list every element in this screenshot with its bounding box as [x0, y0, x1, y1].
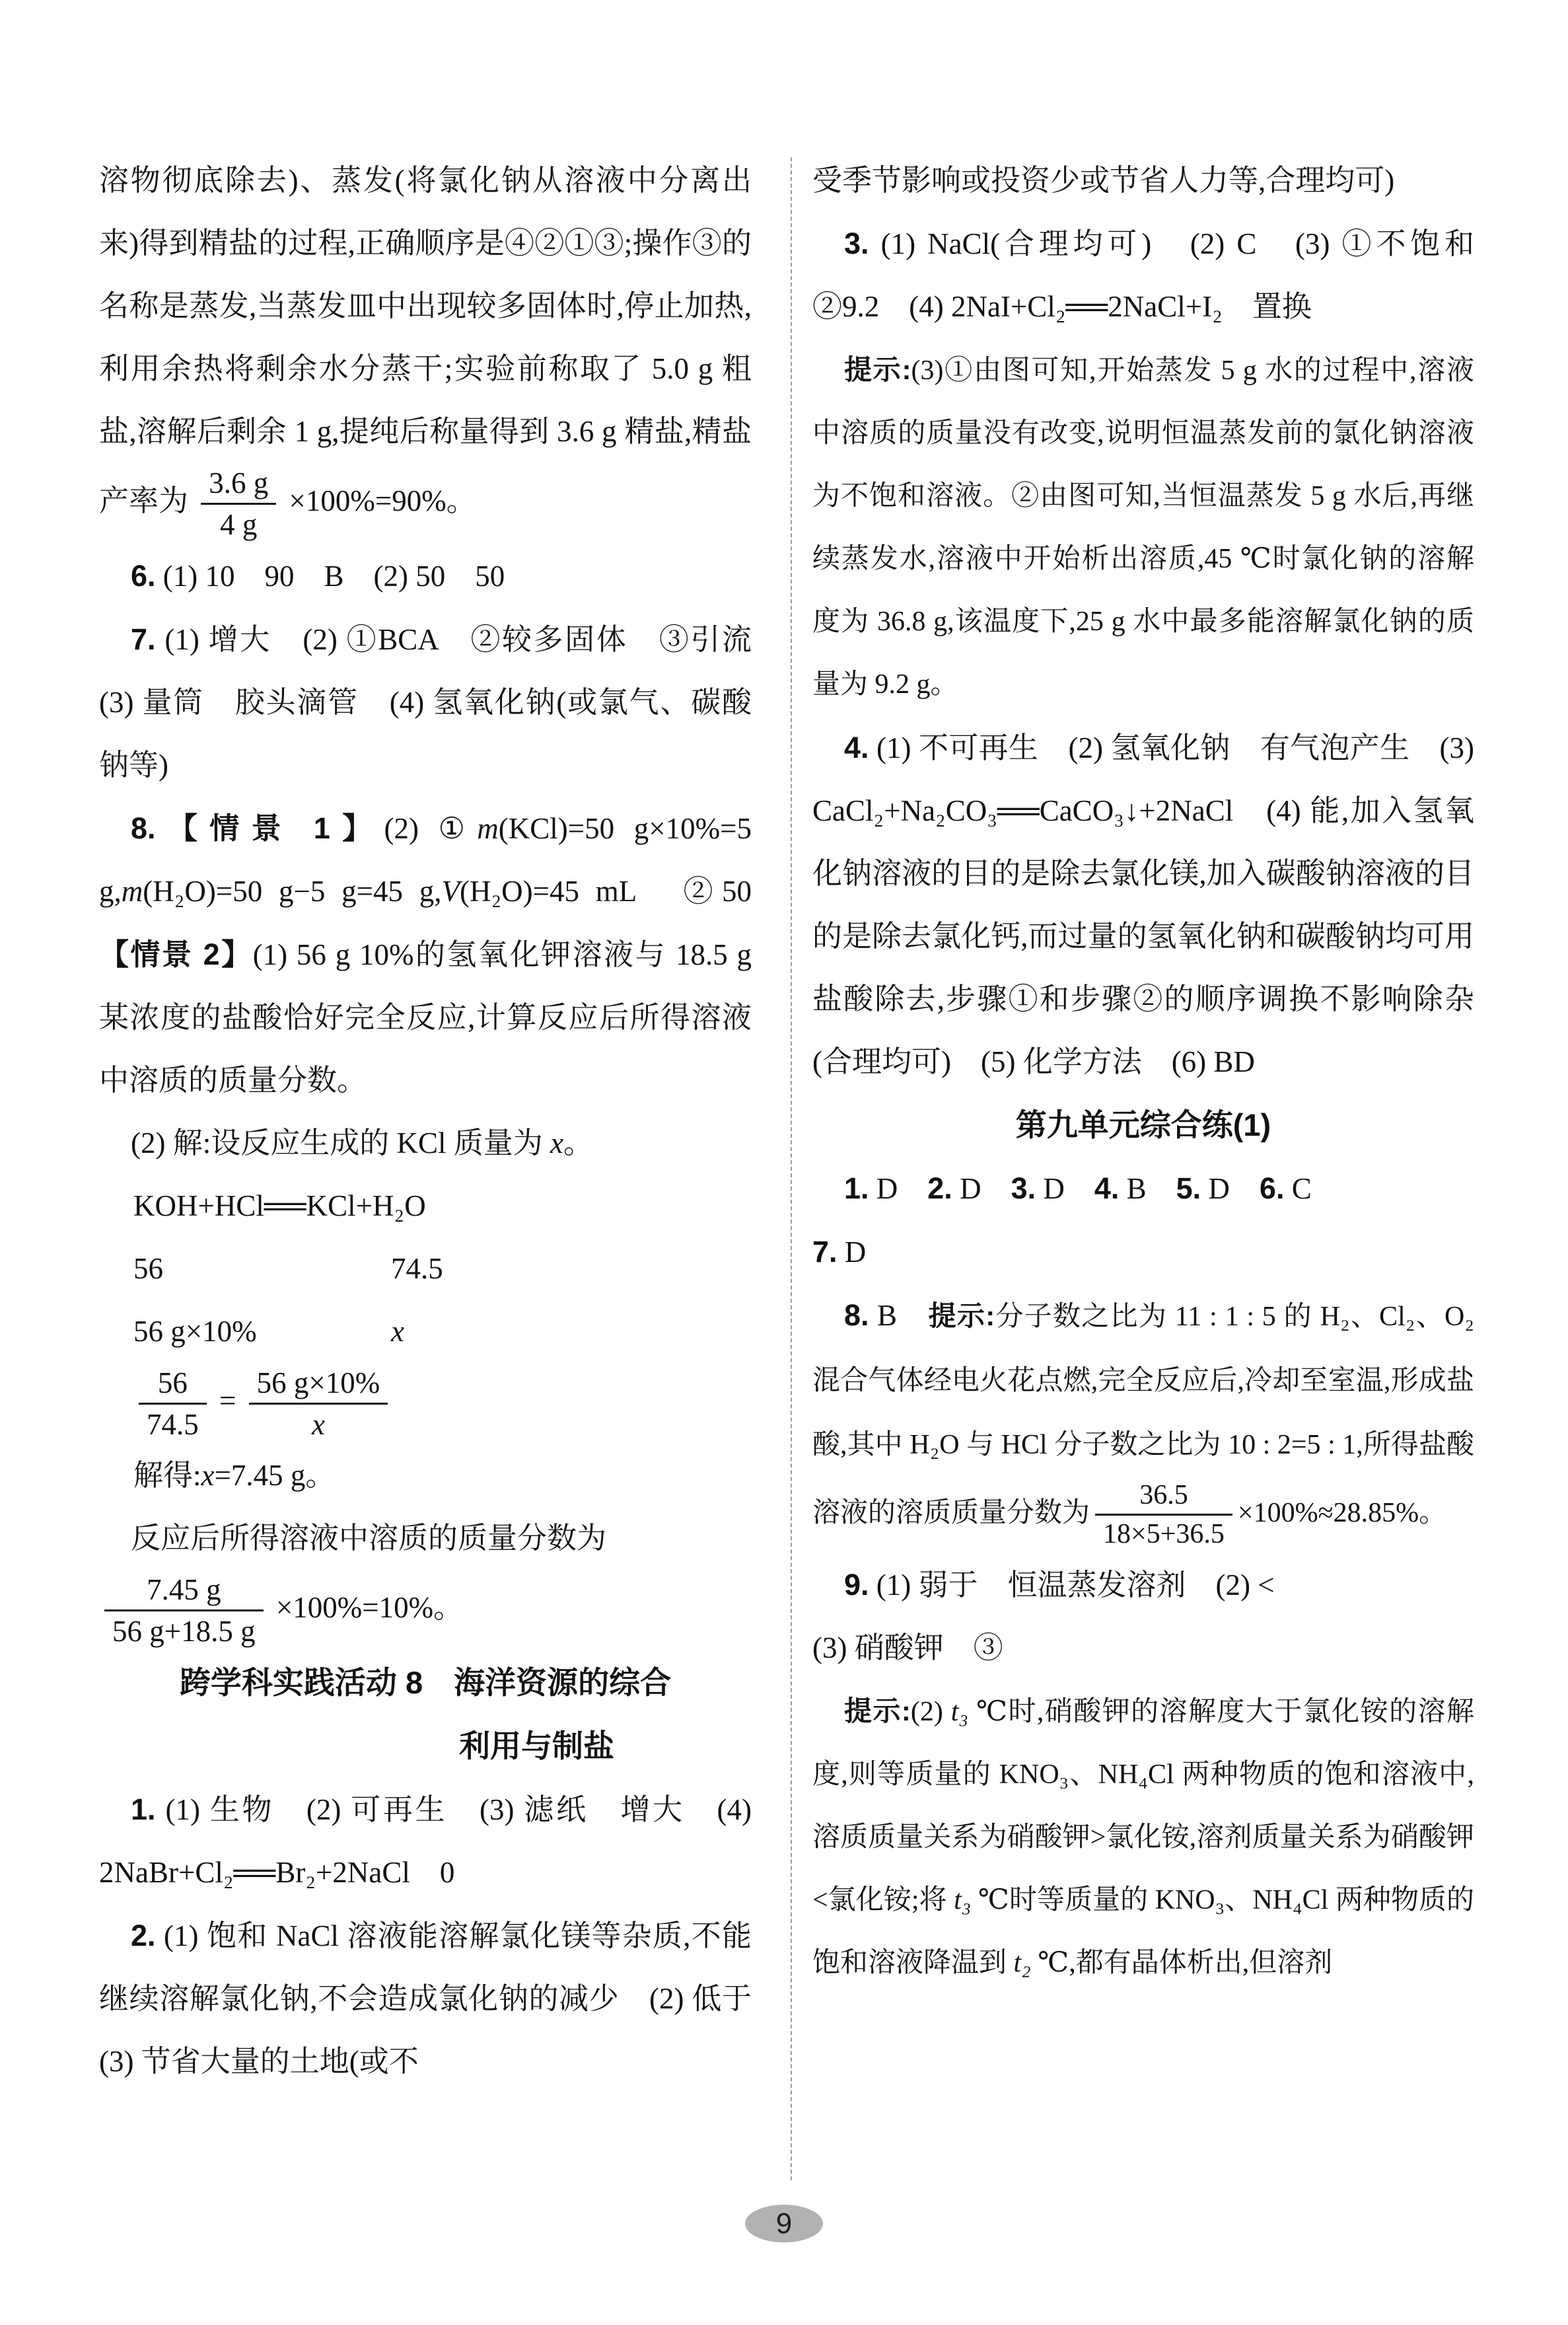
mc-answer: D: [1201, 1172, 1260, 1205]
answer-text: (1) 不可再生 (2) 氢氧化钠 有气泡产生 (3) CaCl₂+Na₂CO₃…: [812, 731, 1474, 1078]
answer-item-9-continued: (3) 硝酸钾 ③: [812, 1617, 1474, 1679]
answer-item-6: 6. (1) 10 90 B (2) 50 50: [99, 544, 752, 608]
answer-text: ×100%=10%。: [276, 1591, 463, 1624]
scene-2-label: 【情景 2】: [99, 938, 253, 971]
answer-item-9: 9. (1) 弱于 恒温蒸发溶剂 (2) <: [812, 1553, 1474, 1617]
page-number: 9: [776, 2207, 792, 2240]
mc-answer: D: [952, 1172, 1011, 1205]
fraction-numerator: 56: [139, 1363, 207, 1403]
chemical-equation-block: KOH+HCl══KCl+H₂O 5674.5 56 g×10%x 5674.5…: [99, 1175, 752, 1507]
math-variable-v: V: [441, 875, 460, 908]
column-divider: [791, 157, 792, 2180]
proportion-equation: 5674.5 = 56 g×10%x: [133, 1363, 752, 1444]
multiple-choice-row: 1. D 2. D 3. D 4. B 5. D 6. C: [812, 1157, 1474, 1220]
hint-label: 提示:: [929, 1300, 995, 1331]
answer-text: (2) 解:设反应生成的 KCl 质量为: [131, 1126, 550, 1160]
item-number: 1.: [844, 1171, 869, 1205]
solution-setup: (2) 解:设反应生成的 KCl 质量为 x。: [99, 1112, 752, 1175]
fraction-yield: 3.6 g4 g: [201, 463, 276, 544]
mc-answer: D: [1036, 1172, 1094, 1205]
math-variable-t2: t₂: [1014, 1948, 1031, 1978]
item-number: 5.: [1176, 1171, 1201, 1205]
fraction-result: 7.45 g56 g+18.5 g: [104, 1570, 264, 1651]
result-expression: 7.45 g56 g+18.5 g ×100%=10%。: [99, 1570, 752, 1651]
answer-text: (1) 10 90 B (2) 50 50: [156, 560, 505, 593]
hint-text: ℃,都有晶体析出,但溶剂: [1031, 1948, 1332, 1978]
item-number: 3.: [844, 227, 869, 260]
answer-key-page: 溶物彻底除去)、蒸发(将氯化钠从溶液中分离出来)得到精盐的过程,正确顺序是④②①…: [0, 0, 1568, 2325]
molar-mass-row: 5674.5: [133, 1237, 752, 1300]
answer-text: (1) 饱和 NaCl 溶液能溶解氯化镁等杂质,不能继续溶解氯化钠,不会造成氯化…: [99, 1919, 781, 2078]
mass-row: 56 g×10%x: [133, 1300, 752, 1363]
answer-text: 解得:: [133, 1459, 201, 1492]
molar-mass-koh: 56: [133, 1237, 391, 1300]
hint-label: 提示:: [844, 1695, 911, 1726]
item-number: 3.: [1011, 1171, 1036, 1205]
section-heading-unit9: 第九单元综合练(1): [812, 1093, 1474, 1157]
answer-item-4: 4. (1) 不可再生 (2) 氢氧化钠 有气泡产生 (3) CaCl₂+Na₂…: [812, 716, 1474, 1093]
fraction-denominator: 4 g: [201, 503, 276, 544]
solution-result: 解得:x=7.45 g。: [133, 1444, 752, 1507]
fraction-denominator: x: [249, 1403, 388, 1444]
item-number: 8.: [844, 1298, 869, 1332]
item-number: 4.: [844, 731, 869, 764]
item-number: 2.: [131, 1919, 156, 1952]
hint-label: 提示:: [844, 354, 911, 385]
item-number: 2.: [927, 1171, 952, 1205]
answer-item-8: 8. B 提示:分子数之比为 11 : 1 : 5 的 H₂、Cl₂、O₂ 混合…: [812, 1284, 1474, 1553]
section-heading-cross-activity-line1: 跨学科实践活动 8 海洋资源的综合: [99, 1651, 752, 1715]
answer-item-1: 1. (1) 生物 (2) 可再生 (3) 滤纸 增大 (4) 2NaBr+Cl…: [99, 1778, 752, 1904]
mc-answer: D: [869, 1172, 928, 1205]
mc-answer: D: [837, 1236, 867, 1269]
chemical-equation: KOH+HCl══KCl+H₂O: [133, 1175, 752, 1237]
scene-1-label: 【情景 1】: [156, 811, 384, 845]
hint-text: (2): [911, 1697, 951, 1727]
fraction-hcl: 36.518×5+36.5: [1095, 1477, 1232, 1553]
answer-text: =7.45 g。: [215, 1459, 336, 1492]
answer-item-8: 8.【情景 1】(2) ①m(KCl)=50 g×10%=5 g,m(H₂O)=…: [99, 797, 752, 1112]
page-number-badge: 9: [745, 2205, 823, 2242]
fraction-denominator: 74.5: [139, 1403, 207, 1444]
fraction-denominator: 56 g+18.5 g: [104, 1609, 264, 1651]
math-variable-m: m: [122, 875, 143, 908]
answer-item-2: 2. (1) 饱和 NaCl 溶液能溶解氯化镁等杂质,不能继续溶解氯化钠,不会造…: [99, 1904, 752, 2093]
math-variable-x: x: [391, 1315, 404, 1348]
hint-text: ℃时,硝酸钾的溶解度大于氯化铵的溶解度,则等质量的 KNO₃、NH₄Cl 两种物…: [812, 1697, 1474, 1915]
fraction-numerator: 7.45 g: [104, 1570, 264, 1609]
mc-answer: B: [1119, 1172, 1176, 1205]
mass-koh: 56 g×10%: [133, 1300, 391, 1363]
answer-text: (H₂O)=50 g−5 g=45 g,: [143, 875, 441, 908]
item-number: 7.: [131, 622, 156, 656]
hint-text: (3)①由图可知,开始蒸发 5 g 水的过程中,溶液中溶质的质量没有改变,说明恒…: [812, 355, 1474, 700]
answer-item-3: 3. (1) NaCl(合理均可) (2) C (3) ①不饱和 ②9.2 (4…: [812, 212, 1474, 338]
answer-text: (H₂O)=45 mL ②50: [460, 875, 781, 908]
fraction-numerator: 56 g×10%: [249, 1363, 388, 1403]
right-column: 受季节影响或投资少或节省人力等,合理均可) 3. (1) NaCl(合理均可) …: [812, 149, 1474, 1995]
item-number: 1.: [131, 1792, 156, 1826]
math-variable-t3: t₃: [951, 1697, 968, 1727]
answer-text: (1) NaCl(合理均可) (2) C (3) ①不饱和 ②9.2 (4) 2…: [812, 227, 1504, 323]
mc-answer: C: [1284, 1172, 1311, 1205]
hint-item-3: 提示:(3)①由图可知,开始蒸发 5 g 水的过程中,溶液中溶质的质量没有改变,…: [812, 338, 1474, 716]
multiple-choice-row-7: 7. D: [812, 1220, 1474, 1284]
mc-answer: B: [869, 1299, 929, 1332]
left-column: 溶物彻底除去)、蒸发(将氯化钠从溶液中分离出来)得到精盐的过程,正确顺序是④②①…: [99, 149, 752, 2093]
answer-text: ×100%=90%。: [289, 484, 476, 517]
math-variable-t3: t₃: [954, 1885, 971, 1915]
section-heading-cross-activity-line2: 利用与制盐: [99, 1715, 752, 1778]
fraction-right: 56 g×10%x: [249, 1363, 388, 1444]
result-lead: 反应后所得溶液中溶质的质量分数为: [99, 1507, 752, 1570]
item-number: 4.: [1094, 1171, 1120, 1205]
item-number: 8.: [131, 811, 156, 845]
molar-mass-kcl: 74.5: [391, 1252, 443, 1285]
answer-text: 溶物彻底除去)、蒸发(将氯化钠从溶液中分离出来)得到精盐的过程,正确顺序是④②①…: [99, 164, 752, 517]
answer-text: 。: [563, 1126, 593, 1160]
math-variable-m: m: [477, 812, 499, 845]
paragraph-continuation: 受季节影响或投资少或节省人力等,合理均可): [812, 149, 1474, 212]
hint-item-9: 提示:(2) t₃ ℃时,硝酸钾的溶解度大于氯化铵的溶解度,则等质量的 KNO₃…: [812, 1679, 1474, 1995]
answer-item-7: 7. (1) 增大 (2) ①BCA ②较多固体 ③引流 (3) 量筒 胶头滴管…: [99, 608, 752, 797]
answer-text: (1) 弱于 恒温蒸发溶剂 (2) <: [869, 1568, 1275, 1602]
math-variable-x: x: [201, 1459, 215, 1492]
answer-text: (1) 增大 (2) ①BCA ②较多固体 ③引流 (3) 量筒 胶头滴管 (4…: [99, 623, 781, 782]
item-number: 7.: [812, 1235, 837, 1269]
fraction-numerator: 3.6 g: [201, 463, 276, 503]
item-number: 6.: [131, 559, 156, 593]
equals-sign: =: [219, 1384, 236, 1417]
fraction-left: 5674.5: [139, 1363, 207, 1444]
answer-text: (1) 生物 (2) 可再生 (3) 滤纸 增大 (4) 2NaBr+Cl₂══…: [99, 1793, 752, 1889]
fraction-numerator: 36.5: [1095, 1477, 1232, 1514]
item-number: 9.: [844, 1568, 869, 1602]
paragraph-continuation: 溶物彻底除去)、蒸发(将氯化钠从溶液中分离出来)得到精盐的过程,正确顺序是④②①…: [99, 149, 752, 544]
answer-text: (2) ①: [384, 812, 478, 845]
hint-text: ×100%≈28.85%。: [1238, 1498, 1446, 1528]
math-variable-x: x: [550, 1126, 563, 1160]
fraction-denominator: 18×5+36.5: [1095, 1514, 1232, 1553]
item-number: 6.: [1260, 1171, 1285, 1205]
